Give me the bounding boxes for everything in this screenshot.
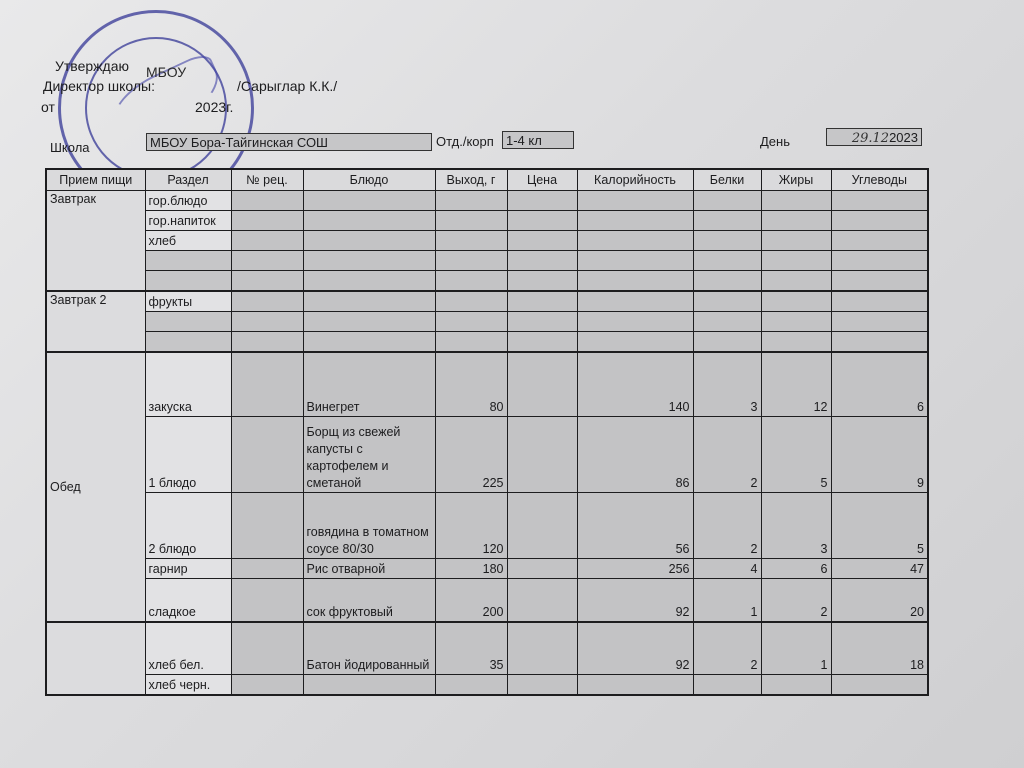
- calories-cell[interactable]: 140: [577, 352, 693, 416]
- dept-label: Отд./корп: [436, 134, 494, 149]
- dish-cell[interactable]: [303, 312, 435, 332]
- dish-cell[interactable]: Винегрет: [303, 352, 435, 416]
- carbs-cell[interactable]: 5: [831, 492, 928, 558]
- carbs-cell[interactable]: [831, 231, 928, 251]
- recipe-cell[interactable]: [231, 492, 303, 558]
- dept-field[interactable]: 1-4 кл: [502, 131, 574, 149]
- calories-cell[interactable]: [577, 251, 693, 271]
- carbs-cell[interactable]: [831, 251, 928, 271]
- yield-cell[interactable]: [435, 231, 507, 251]
- day-field[interactable]: 29.122023: [826, 128, 922, 146]
- meal-cell: [46, 622, 145, 695]
- calories-cell[interactable]: [577, 211, 693, 231]
- fat-cell[interactable]: [761, 211, 831, 231]
- price-cell[interactable]: [507, 231, 577, 251]
- col-price: Цена: [507, 169, 577, 191]
- recipe-cell[interactable]: [231, 312, 303, 332]
- recipe-cell[interactable]: [231, 416, 303, 492]
- calories-cell[interactable]: [577, 332, 693, 353]
- dish-cell[interactable]: Рис отварной: [303, 558, 435, 578]
- yield-cell[interactable]: 180: [435, 558, 507, 578]
- section-cell[interactable]: 1 блюдо: [145, 416, 231, 492]
- protein-cell[interactable]: [693, 251, 761, 271]
- recipe-cell[interactable]: [231, 251, 303, 271]
- price-cell[interactable]: [507, 312, 577, 332]
- protein-cell[interactable]: [693, 674, 761, 695]
- approve-word: Утверждаю: [55, 58, 129, 75]
- meal-cell: Завтрак 2: [46, 291, 145, 352]
- protein-cell[interactable]: [693, 271, 761, 292]
- dish-cell[interactable]: [303, 251, 435, 271]
- approval-year: 2023г.: [195, 99, 233, 116]
- col-protein: Белки: [693, 169, 761, 191]
- price-cell[interactable]: [507, 251, 577, 271]
- protein-cell[interactable]: 4: [693, 558, 761, 578]
- col-fat: Жиры: [761, 169, 831, 191]
- table-row: [46, 271, 928, 292]
- yield-cell[interactable]: [435, 674, 507, 695]
- protein-cell[interactable]: 3: [693, 352, 761, 416]
- fat-cell[interactable]: [761, 332, 831, 353]
- fat-cell[interactable]: [761, 674, 831, 695]
- table-row: [46, 251, 928, 271]
- dish-cell[interactable]: сок фруктовый: [303, 578, 435, 622]
- calories-cell[interactable]: 86: [577, 416, 693, 492]
- table-row: 1 блюдоБорщ из свежей капусты с картофел…: [46, 416, 928, 492]
- protein-cell[interactable]: [693, 291, 761, 312]
- yield-cell[interactable]: 225: [435, 416, 507, 492]
- meal-cell: Завтрак: [46, 191, 145, 292]
- section-cell[interactable]: [145, 271, 231, 292]
- carbs-cell[interactable]: 18: [831, 622, 928, 674]
- col-dish: Блюдо: [303, 169, 435, 191]
- date-prefix: от: [41, 99, 55, 116]
- dish-cell[interactable]: [303, 291, 435, 312]
- table-row: сладкоесок фруктовый200921220: [46, 578, 928, 622]
- carbs-cell[interactable]: [831, 191, 928, 211]
- section-cell[interactable]: хлеб бел.: [145, 622, 231, 674]
- recipe-cell[interactable]: [231, 332, 303, 353]
- menu-document: МБОУ Утверждаю Директор школы: /Сарыглар…: [0, 0, 1024, 768]
- dish-cell[interactable]: говядина в томатном соусе 80/30: [303, 492, 435, 558]
- table-row: 2 блюдоговядина в томатном соусе 80/3012…: [46, 492, 928, 558]
- price-cell[interactable]: [507, 191, 577, 211]
- price-cell[interactable]: [507, 558, 577, 578]
- price-cell[interactable]: [507, 352, 577, 416]
- price-cell[interactable]: [507, 211, 577, 231]
- yield-cell[interactable]: [435, 251, 507, 271]
- protein-cell[interactable]: 2: [693, 416, 761, 492]
- carbs-cell[interactable]: [831, 332, 928, 353]
- section-cell[interactable]: [145, 332, 231, 353]
- section-cell[interactable]: гор.блюдо: [145, 191, 231, 211]
- table-row: Завтрак 2фрукты: [46, 291, 928, 312]
- table-row: Завтракгор.блюдо: [46, 191, 928, 211]
- calories-cell[interactable]: 92: [577, 622, 693, 674]
- director-name: /Сарыглар К.К./: [237, 78, 337, 95]
- dish-cell[interactable]: Батон йодированный: [303, 622, 435, 674]
- table-row: гарнирРис отварной1802564647: [46, 558, 928, 578]
- carbs-cell[interactable]: [831, 271, 928, 292]
- col-meal: Прием пищи: [46, 169, 145, 191]
- fat-cell[interactable]: [761, 231, 831, 251]
- protein-cell[interactable]: [693, 312, 761, 332]
- col-calories: Калорийность: [577, 169, 693, 191]
- section-cell[interactable]: хлеб: [145, 231, 231, 251]
- fat-cell[interactable]: [761, 251, 831, 271]
- col-section: Раздел: [145, 169, 231, 191]
- recipe-cell[interactable]: [231, 211, 303, 231]
- dish-cell[interactable]: [303, 674, 435, 695]
- section-cell[interactable]: гарнир: [145, 558, 231, 578]
- col-carbs: Углеводы: [831, 169, 928, 191]
- price-cell[interactable]: [507, 271, 577, 292]
- day-label: День: [760, 134, 790, 149]
- recipe-cell[interactable]: [231, 578, 303, 622]
- price-cell[interactable]: [507, 291, 577, 312]
- recipe-cell[interactable]: [231, 191, 303, 211]
- protein-cell[interactable]: [693, 332, 761, 353]
- carbs-cell[interactable]: [831, 312, 928, 332]
- recipe-cell[interactable]: [231, 271, 303, 292]
- carbs-cell[interactable]: 47: [831, 558, 928, 578]
- fat-cell[interactable]: [761, 312, 831, 332]
- table-row: [46, 332, 928, 353]
- calories-cell[interactable]: [577, 231, 693, 251]
- section-cell[interactable]: [145, 312, 231, 332]
- section-cell[interactable]: закуска: [145, 352, 231, 416]
- table-row: [46, 312, 928, 332]
- carbs-cell[interactable]: 20: [831, 578, 928, 622]
- yield-cell[interactable]: [435, 312, 507, 332]
- fat-cell[interactable]: 1: [761, 622, 831, 674]
- recipe-cell[interactable]: [231, 352, 303, 416]
- dish-cell[interactable]: [303, 191, 435, 211]
- price-cell[interactable]: [507, 492, 577, 558]
- yield-cell[interactable]: 80: [435, 352, 507, 416]
- carbs-cell[interactable]: [831, 211, 928, 231]
- fat-cell[interactable]: [761, 271, 831, 292]
- dish-cell[interactable]: Борщ из свежей капусты с картофелем и см…: [303, 416, 435, 492]
- fat-cell[interactable]: 12: [761, 352, 831, 416]
- fat-cell[interactable]: [761, 191, 831, 211]
- yield-cell[interactable]: 35: [435, 622, 507, 674]
- yield-cell[interactable]: [435, 211, 507, 231]
- dish-cell[interactable]: [303, 271, 435, 292]
- recipe-cell[interactable]: [231, 231, 303, 251]
- table-row: хлеб черн.: [46, 674, 928, 695]
- col-yield: Выход, г: [435, 169, 507, 191]
- day-year: 2023: [889, 130, 918, 145]
- table-row: гор.напиток: [46, 211, 928, 231]
- fat-cell[interactable]: 3: [761, 492, 831, 558]
- calories-cell[interactable]: [577, 191, 693, 211]
- day-handwritten: 29.12: [852, 131, 889, 146]
- yield-cell[interactable]: [435, 291, 507, 312]
- calories-cell[interactable]: [577, 271, 693, 292]
- fat-cell[interactable]: 2: [761, 578, 831, 622]
- calories-cell[interactable]: [577, 674, 693, 695]
- section-cell[interactable]: [145, 251, 231, 271]
- menu-table: Прием пищи Раздел № рец. Блюдо Выход, г …: [45, 168, 929, 696]
- section-cell[interactable]: фрукты: [145, 291, 231, 312]
- school-field[interactable]: МБОУ Бора-Тайгинская СОШ: [146, 133, 432, 151]
- table-row: хлеб бел.Батон йодированный35922118: [46, 622, 928, 674]
- table-header-row: Прием пищи Раздел № рец. Блюдо Выход, г …: [46, 169, 928, 191]
- col-recipe: № рец.: [231, 169, 303, 191]
- price-cell[interactable]: [507, 332, 577, 353]
- price-cell[interactable]: [507, 578, 577, 622]
- yield-cell[interactable]: [435, 191, 507, 211]
- protein-cell[interactable]: [693, 211, 761, 231]
- dish-cell[interactable]: [303, 332, 435, 353]
- price-cell[interactable]: [507, 622, 577, 674]
- section-cell[interactable]: 2 блюдо: [145, 492, 231, 558]
- calories-cell[interactable]: [577, 312, 693, 332]
- section-cell[interactable]: хлеб черн.: [145, 674, 231, 695]
- section-cell[interactable]: гор.напиток: [145, 211, 231, 231]
- fat-cell[interactable]: [761, 291, 831, 312]
- yield-cell[interactable]: [435, 332, 507, 353]
- fat-cell[interactable]: 6: [761, 558, 831, 578]
- calories-cell[interactable]: 256: [577, 558, 693, 578]
- meal-cell: Обед: [46, 352, 145, 622]
- recipe-cell[interactable]: [231, 291, 303, 312]
- carbs-cell[interactable]: [831, 291, 928, 312]
- table-row: ОбедзакускаВинегрет801403126: [46, 352, 928, 416]
- carbs-cell[interactable]: 9: [831, 416, 928, 492]
- yield-cell[interactable]: 200: [435, 578, 507, 622]
- director-label: Директор школы:: [43, 78, 155, 95]
- price-cell[interactable]: [507, 674, 577, 695]
- carbs-cell[interactable]: [831, 674, 928, 695]
- recipe-cell[interactable]: [231, 674, 303, 695]
- section-cell[interactable]: сладкое: [145, 578, 231, 622]
- protein-cell[interactable]: 1: [693, 578, 761, 622]
- school-label: Школа: [50, 140, 90, 155]
- recipe-cell[interactable]: [231, 558, 303, 578]
- dish-cell[interactable]: [303, 231, 435, 251]
- carbs-cell[interactable]: 6: [831, 352, 928, 416]
- protein-cell[interactable]: 2: [693, 622, 761, 674]
- protein-cell[interactable]: 2: [693, 492, 761, 558]
- yield-cell[interactable]: [435, 271, 507, 292]
- table-row: хлеб: [46, 231, 928, 251]
- calories-cell[interactable]: [577, 291, 693, 312]
- yield-cell[interactable]: 120: [435, 492, 507, 558]
- calories-cell[interactable]: 56: [577, 492, 693, 558]
- protein-cell[interactable]: [693, 231, 761, 251]
- dish-cell[interactable]: [303, 211, 435, 231]
- protein-cell[interactable]: [693, 191, 761, 211]
- calories-cell[interactable]: 92: [577, 578, 693, 622]
- price-cell[interactable]: [507, 416, 577, 492]
- fat-cell[interactable]: 5: [761, 416, 831, 492]
- recipe-cell[interactable]: [231, 622, 303, 674]
